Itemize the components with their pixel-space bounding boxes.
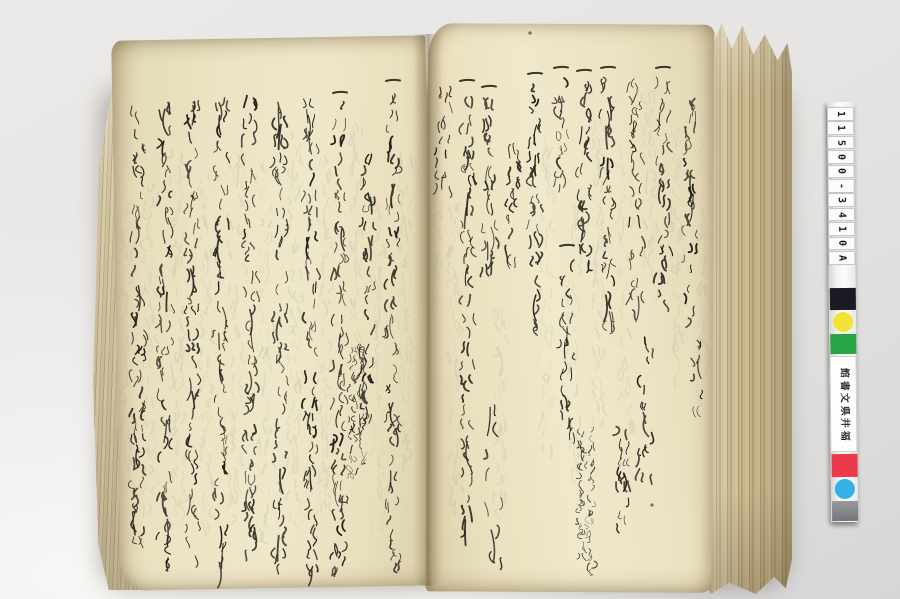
black-patch xyxy=(829,288,855,310)
code-tile: 0 xyxy=(827,150,854,164)
yellow-patch xyxy=(833,312,853,332)
right-page xyxy=(426,23,715,592)
code-tile: 1 xyxy=(827,107,854,121)
right-page-stack-fore-edge xyxy=(702,14,792,594)
code-tile: 5 xyxy=(827,136,854,150)
photograph-of-open-manuscript: 11500-3410A 館書文県井福 xyxy=(0,0,900,599)
red-patch xyxy=(831,454,857,477)
gray-patch xyxy=(831,501,857,521)
ruler-blank-segment xyxy=(829,265,856,287)
archive-color-scale-ruler: 11500-3410A 館書文県井福 xyxy=(827,102,858,522)
institution-label: 館書文県井福 xyxy=(829,356,857,452)
code-tile: 3 xyxy=(828,193,855,207)
code-tile: A xyxy=(828,251,855,265)
book-gutter xyxy=(413,34,443,586)
code-tile: 1 xyxy=(828,222,855,236)
code-tile: 0 xyxy=(828,236,855,250)
cyan-patch xyxy=(834,479,854,499)
code-tile: 1 xyxy=(827,121,854,135)
color-calibration-patches: 館書文県井福 xyxy=(829,287,858,522)
green-patch xyxy=(830,334,856,354)
code-tile: - xyxy=(828,179,855,193)
code-tile: 0 xyxy=(827,164,854,178)
code-tile: 4 xyxy=(828,208,855,222)
left-page xyxy=(111,35,435,590)
archive-code-label: 11500-3410A xyxy=(827,107,856,266)
